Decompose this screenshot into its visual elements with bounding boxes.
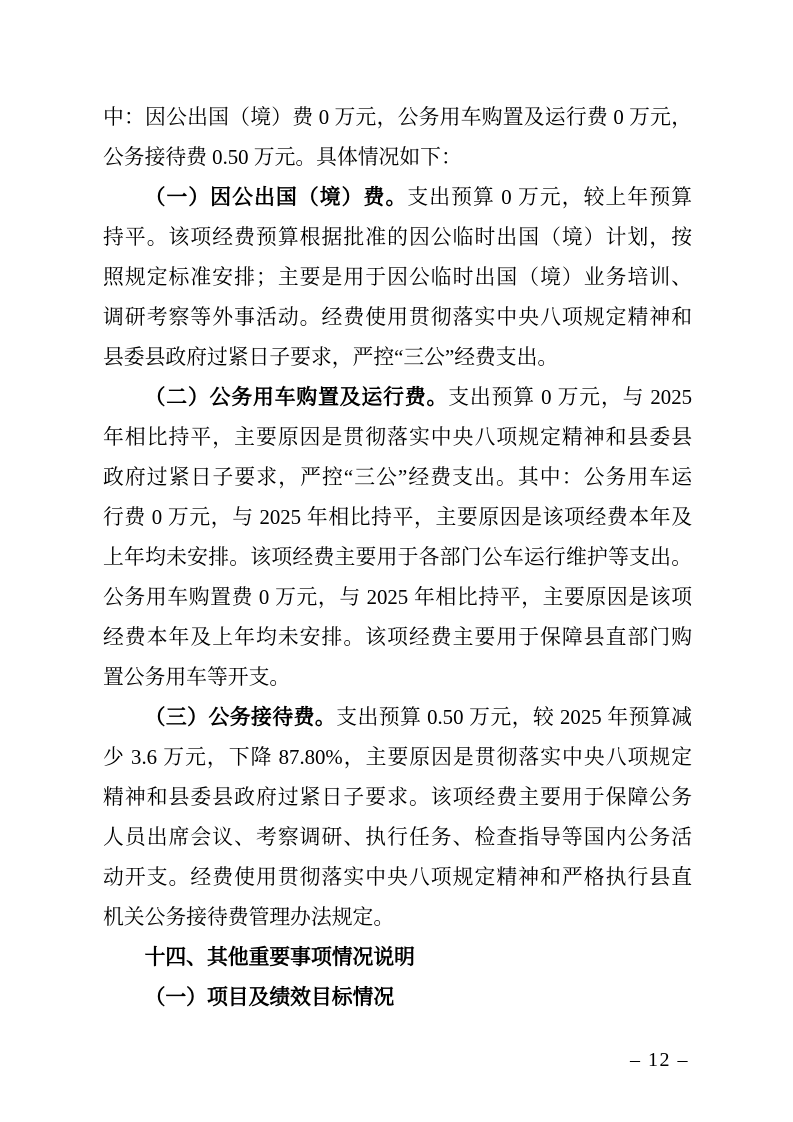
text-line: 年相比持平，主要原因是贯彻落实中央八项规定精神和县委县 xyxy=(103,418,692,458)
text-line: 政府过紧日子要求，严控“三公”经费支出。其中：公务用车运 xyxy=(103,458,692,498)
chapter-heading: 十四、其他重要事项情况说明 xyxy=(145,946,415,969)
text-run: 支出预算 0 万元，与 2025 xyxy=(448,386,692,409)
text-line: 十四、其他重要事项情况说明 xyxy=(103,938,692,978)
text-line: 经费本年及上年均未安排。该项经费主要用于保障县直部门购 xyxy=(103,618,692,658)
text-line: （一）因公出国（境）费。支出预算 0 万元，较上年预算 xyxy=(103,178,692,218)
section-heading-1: （一）因公出国（境）费。 xyxy=(145,186,408,209)
text-line: 行费 0 万元，与 2025 年相比持平，主要原因是该项经费本年及 xyxy=(103,498,692,538)
text-line: 照规定标准安排；主要是用于因公临时出国（境）业务培训、 xyxy=(103,258,692,298)
page-number: – 12 – xyxy=(630,1049,689,1072)
text-run: 支出预算 0 万元，较上年预算 xyxy=(407,186,692,209)
text-line: 中：因公出国（境）费 0 万元，公务用车购置及运行费 0 万元， xyxy=(103,98,692,138)
text-line: 精神和县委县政府过紧日子要求。该项经费主要用于保障公务 xyxy=(103,778,692,818)
section-heading-3: （三）公务接待费。 xyxy=(145,706,337,729)
sub-heading: （一）项目及绩效目标情况 xyxy=(145,986,395,1009)
text-run: 支出预算 0.50 万元，较 2025 年预算减 xyxy=(336,706,692,729)
text-line: 上年均未安排。该项经费主要用于各部门公车运行维护等支出。 xyxy=(103,538,692,578)
text-line: 机关公务接待费管理办法规定。 xyxy=(103,898,692,938)
document-page: 中：因公出国（境）费 0 万元，公务用车购置及运行费 0 万元， 公务接待费 0… xyxy=(0,0,793,1122)
document-body: 中：因公出国（境）费 0 万元，公务用车购置及运行费 0 万元， 公务接待费 0… xyxy=(103,98,692,1018)
text-line: 公务接待费 0.50 万元。具体情况如下： xyxy=(103,138,692,178)
text-line: 县委县政府过紧日子要求，严控“三公”经费支出。 xyxy=(103,338,692,378)
text-line: （一）项目及绩效目标情况 xyxy=(103,978,692,1018)
text-line: 动开支。经费使用贯彻落实中央八项规定精神和严格执行县直 xyxy=(103,858,692,898)
text-line: （二）公务用车购置及运行费。支出预算 0 万元，与 2025 xyxy=(103,378,692,418)
text-line: 公务用车购置费 0 万元，与 2025 年相比持平，主要原因是该项 xyxy=(103,578,692,618)
text-line: 置公务用车等开支。 xyxy=(103,658,692,698)
text-line: 少 3.6 万元，下降 87.80%，主要原因是贯彻落实中央八项规定 xyxy=(103,738,692,778)
text-line: 调研考察等外事活动。经费使用贯彻落实中央八项规定精神和 xyxy=(103,298,692,338)
text-line: 持平。该项经费预算根据批准的因公临时出国（境）计划，按 xyxy=(103,218,692,258)
text-line: （三）公务接待费。支出预算 0.50 万元，较 2025 年预算减 xyxy=(103,698,692,738)
text-line: 人员出席会议、考察调研、执行任务、检查指导等国内公务活 xyxy=(103,818,692,858)
section-heading-2: （二）公务用车购置及运行费。 xyxy=(145,386,449,409)
